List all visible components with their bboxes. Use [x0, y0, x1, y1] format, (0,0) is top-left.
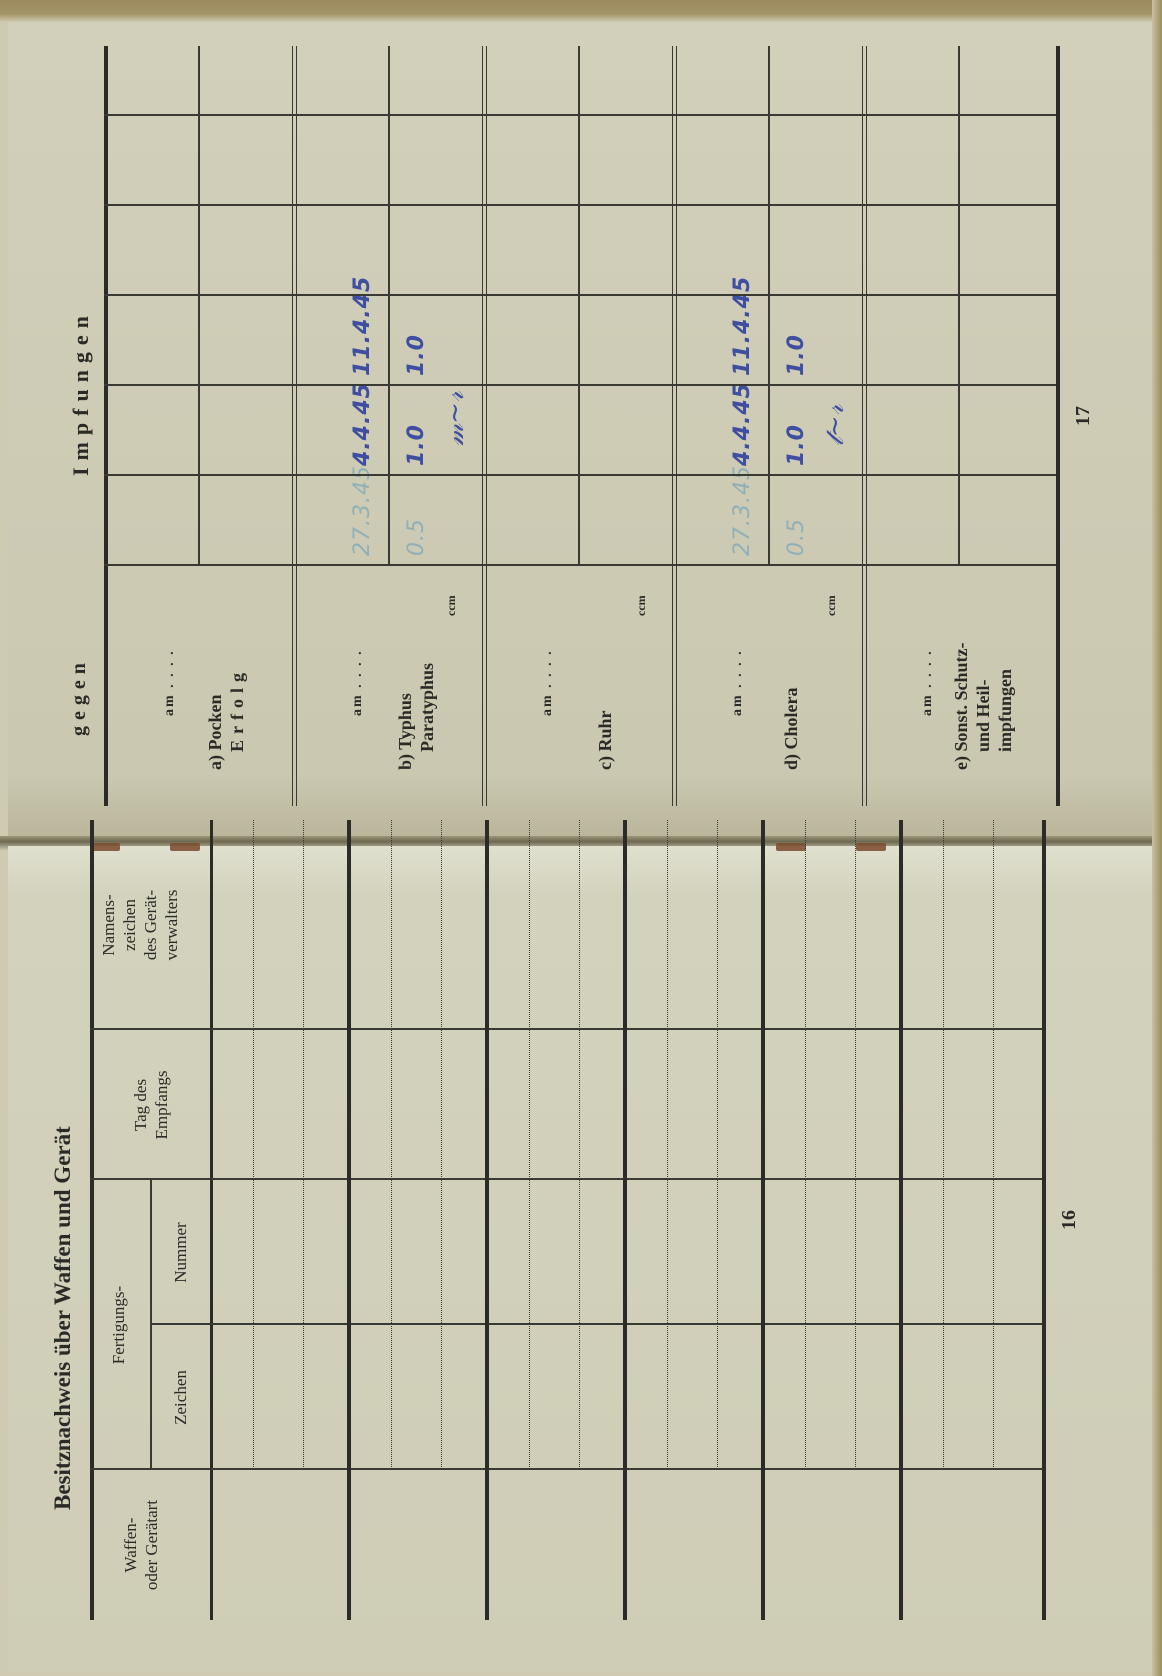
header-fertigungs: Fertigungs-: [108, 1180, 129, 1470]
title-gegen: gegen: [68, 657, 91, 736]
table-row[interactable]: [351, 820, 489, 1620]
header-geraetart: Waffen- oder Gerätart: [120, 1480, 162, 1610]
date-label: am . . . .: [920, 649, 936, 716]
section-label: c) Ruhr: [594, 711, 616, 771]
table-row[interactable]: [765, 820, 903, 1620]
page-title: Besitznachweis über Waffen und Gerät: [50, 1126, 76, 1510]
date-label: am . . . .: [730, 649, 746, 716]
page-impfungen: gegen Impfungen am . . . . a) Pocken Erf…: [64, 46, 1104, 806]
entry-date: 11.4.45: [730, 276, 755, 376]
header-nummer: Nummer: [170, 1180, 191, 1325]
unit-ccm: ccm: [824, 595, 839, 616]
entry-dose: 1.0: [404, 424, 429, 466]
title-impfungen: Impfungen: [68, 309, 94, 476]
unit-ccm: ccm: [444, 595, 459, 616]
entry-date: 27.3.45: [350, 465, 375, 556]
date-label: am . . . .: [162, 649, 178, 716]
header-zeichen: Zeichen: [170, 1325, 191, 1470]
section-label: a) Pocken Erfolg: [204, 667, 248, 770]
entry-dose: 1.0: [784, 334, 809, 376]
section-label: e) Sonst. Schutz- und Heil- impfungen: [950, 642, 1016, 770]
vaccination-table: am . . . . a) Pocken Erfolg am . . . . b…: [104, 46, 1064, 806]
physician-signature: 𝓂~𝓇: [440, 391, 471, 446]
entry-date: 4.4.45: [350, 382, 375, 466]
table-row[interactable]: [627, 820, 765, 1620]
entry-date: 4.4.45: [730, 382, 755, 466]
physician-signature: 𝓉~𝓇: [820, 405, 851, 446]
table-row[interactable]: [213, 820, 351, 1620]
equipment-table: Waffen- oder Gerätart Fertigungs- Zeiche…: [90, 820, 1050, 1620]
header-tag-empfangs: Tag des Empfangs: [130, 1030, 172, 1180]
section-label: b) Typhus Paratyphus: [394, 663, 438, 770]
section-label: d) Cholera: [780, 688, 802, 771]
entry-dose: 0.5: [784, 518, 809, 556]
date-label: am . . . .: [350, 649, 366, 716]
book-edge: [1152, 0, 1162, 1676]
entry-dose: 1.0: [784, 424, 809, 466]
date-label: am . . . .: [540, 649, 556, 716]
page-besitznachweis: Besitznachweis über Waffen und Gerät Waf…: [50, 820, 1090, 1620]
header-namenszeichen: Namens- zeichen des Gerät- verwalters: [98, 820, 182, 1030]
entry-dose: 1.0: [404, 334, 429, 376]
page-header: gegen Impfungen: [64, 46, 104, 806]
entry-dose: 0.5: [404, 518, 429, 556]
table-row[interactable]: [489, 820, 627, 1620]
page-number: 16: [1058, 1210, 1081, 1230]
entry-date: 27.3.45: [730, 465, 755, 556]
unit-ccm: ccm: [634, 595, 649, 616]
scanned-document: gegen Impfungen am . . . . a) Pocken Erf…: [0, 0, 1162, 1676]
entry-date: 11.4.45: [350, 276, 375, 376]
table-row[interactable]: [903, 820, 1042, 1620]
page-number: 17: [1072, 406, 1095, 426]
